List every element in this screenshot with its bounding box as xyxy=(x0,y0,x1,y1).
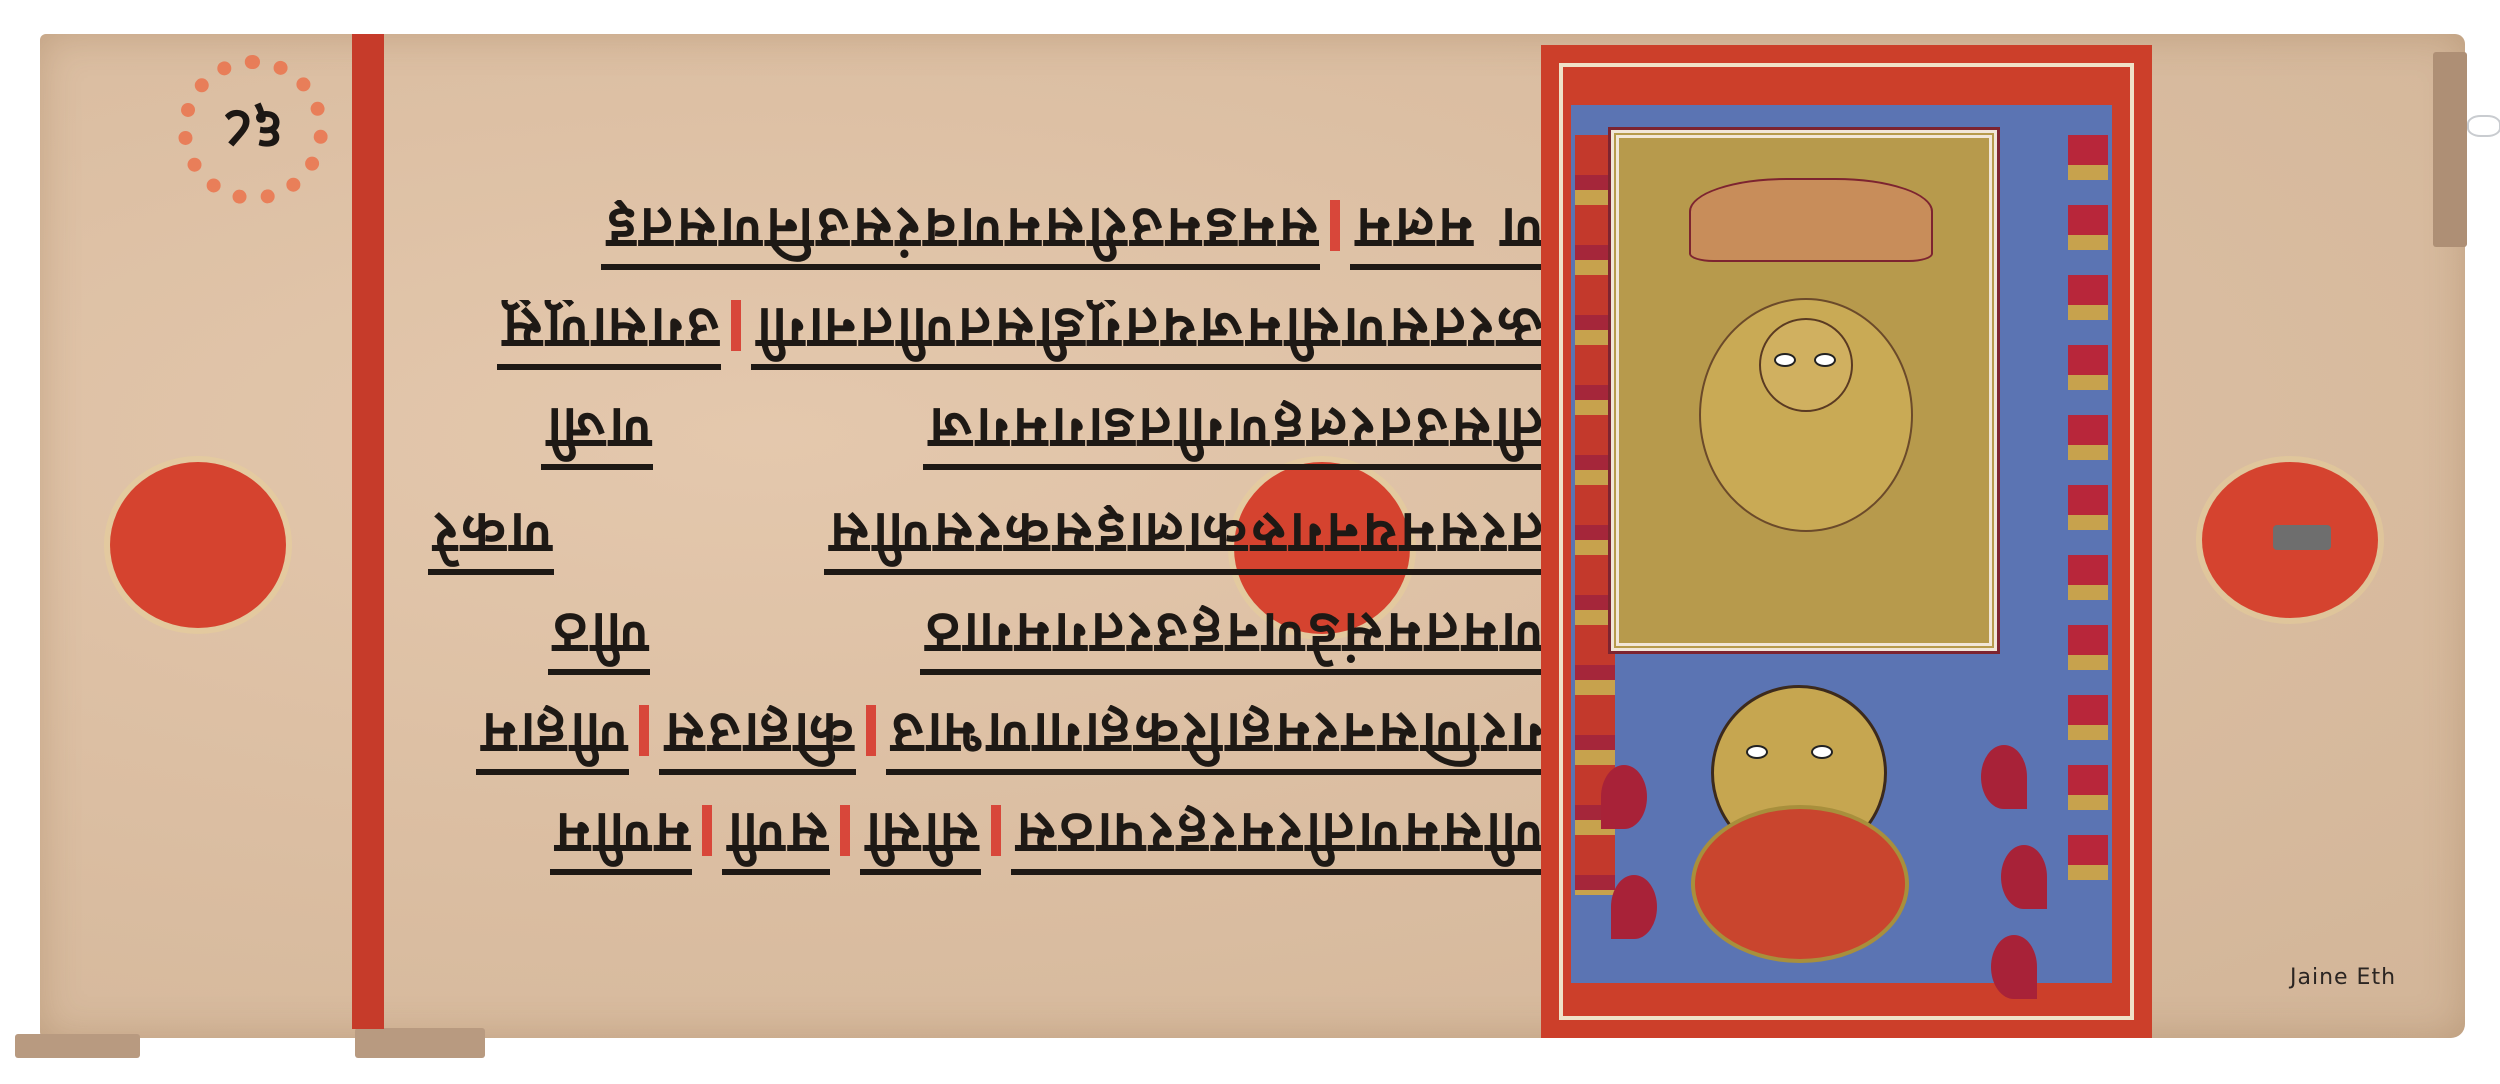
paper-stub-bottom xyxy=(355,1028,485,1058)
red-danda xyxy=(731,300,741,351)
painting-right-floral-border xyxy=(2068,135,2108,895)
paper-stub-left xyxy=(15,1034,140,1058)
text-row: तरसमयनगरुकालाइसकरसणीसणकरे xyxy=(380,505,1545,575)
lotus-bud xyxy=(1991,935,2037,999)
text-row: गरणिसनरमहारिकहागाणभाउकीहाउसणीहाम xyxy=(380,705,1545,775)
figure-head xyxy=(1759,318,1853,412)
binding-string xyxy=(2467,115,2500,137)
text-row: णमतमसंडेणनहउरतगमगाठणीठ xyxy=(380,605,1545,675)
lotus-bud xyxy=(2001,845,2047,909)
red-danda xyxy=(840,805,850,856)
figure-headdress xyxy=(1689,178,1933,262)
red-circle-left xyxy=(110,462,286,628)
bottom-right-inscription: Jaine Eth xyxy=(2290,965,2396,990)
red-danda xyxy=(702,805,712,856)
text-row: तीसउतरलहणगीतडागमगजणजी xyxy=(380,400,1545,470)
string-hole xyxy=(2273,525,2331,550)
red-danda xyxy=(639,705,649,756)
lion-eye xyxy=(1811,745,1833,759)
painting-inner-panel xyxy=(1611,130,1997,651)
red-danda xyxy=(1330,200,1340,251)
red-danda xyxy=(866,705,876,756)
text-row: णीसमणतीरमरहरपाठससीसीसणीमणीम xyxy=(380,805,1545,875)
lotus-bud xyxy=(1611,875,1657,939)
paper-flap-right xyxy=(2433,52,2467,247)
lion-eye xyxy=(1746,745,1768,759)
figure-eye xyxy=(1774,353,1796,367)
lotus-bud xyxy=(1601,765,1647,829)
figure-eye xyxy=(1814,353,1836,367)
text-row: ऊरतसणसीमजयतगुडीसतणीतनागीउगसाणुसु xyxy=(380,300,1545,370)
lion-mane-base xyxy=(1691,805,1909,963)
red-danda xyxy=(991,805,1001,856)
lotus-bud xyxy=(1981,745,2027,809)
folio-number: ६८ xyxy=(205,92,301,171)
text-row: ण मलमसमडमउरीसमणवरंसउनिणसतइ xyxy=(380,200,1545,270)
miniature-painting xyxy=(1541,45,2152,1038)
